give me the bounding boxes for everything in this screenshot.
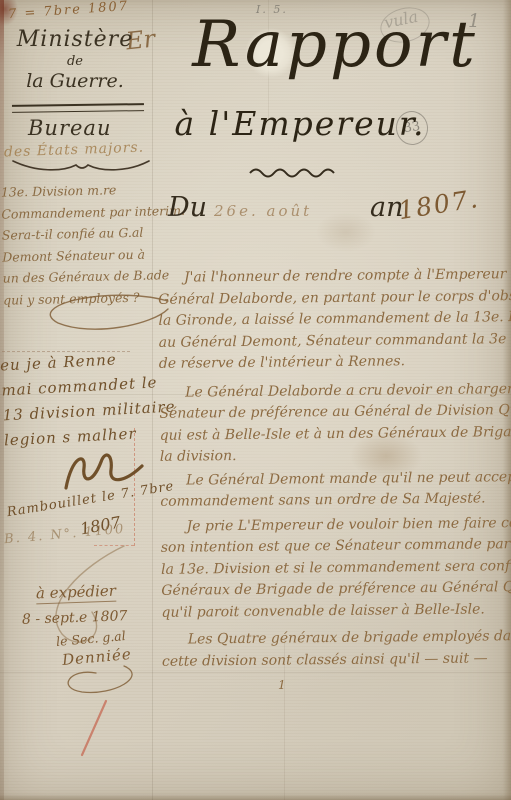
- report-title: Rapport: [160, 8, 510, 82]
- margin-question-line: un des Généraux de B.ade: [2, 264, 160, 289]
- body-line: au Général Demont, Sénateur commandant l…: [159, 329, 509, 354]
- emperor-apostille: eu je à Renne mai commandet le 13 divisi…: [0, 345, 175, 454]
- body-line: Sénateur de préférence au Général de Div…: [159, 400, 509, 425]
- body-line: qu'il paroit convenable de laisser à Bel…: [161, 599, 511, 624]
- red-crayon-mark: [76, 698, 112, 760]
- brace-divider: [10, 158, 152, 174]
- body-line: de réserve de l'intérieur à Rennes.: [159, 350, 509, 375]
- received-date-note: 7 = 7bre 1807: [8, 0, 130, 22]
- body-line: commandement sans un ordre de Sa Majesté…: [160, 488, 510, 513]
- wavy-underline: [248, 166, 348, 178]
- report-subtitle: à l'Empereur.: [165, 104, 435, 143]
- body-line: qui est à Belle-Isle et à un des Générau…: [160, 422, 510, 447]
- body-line: la Gironde, a laissé le commandement de …: [158, 307, 508, 332]
- body-line: cette division sont classés ainsi qu'il …: [162, 648, 511, 673]
- margin-question-note: 13e. Division m.re Commandement par inte…: [1, 178, 162, 310]
- body-line: la division.: [160, 443, 510, 468]
- body-line: son intention est que ce Sénateur comman…: [161, 534, 511, 559]
- dateline-day: 26e. août: [214, 202, 312, 220]
- body-line: Les Quatre généraux de brigade employés …: [162, 626, 511, 651]
- ink-stain: [316, 212, 376, 252]
- dateline-year: 1807.: [396, 184, 481, 225]
- pen-flourish-loop: [0, 293, 172, 345]
- paragraph: Le Général Delaborde a cru devoir en cha…: [159, 379, 510, 469]
- body-line: Généraux de Brigade de préférence au Gén…: [161, 577, 511, 602]
- paragraph: Je prie L'Empereur de vouloir bien me fa…: [160, 513, 511, 624]
- dateline-du: Du: [168, 192, 207, 223]
- ministry-line: Ministère: [8, 27, 142, 52]
- ministry-line: de: [8, 54, 142, 69]
- report-body: J'ai l'honneur de rendre compte à l'Empe…: [158, 264, 511, 673]
- catchword-mark: 1: [278, 678, 286, 692]
- paragraph: Les Quatre généraux de brigade employés …: [162, 626, 511, 673]
- bureau-heading: Bureau: [28, 116, 111, 140]
- expedite-note: à expédier: [36, 582, 117, 605]
- ministry-heading: Ministère de la Guerre.: [8, 27, 142, 92]
- manuscript-page: 7 = 7bre 1807 Er Ministère de la Guerre.…: [0, 0, 511, 800]
- body-line: J'ai l'honneur de rendre compte à l'Empe…: [158, 264, 508, 289]
- paragraph: Le Général Demont mande qu'il ne peut ac…: [160, 467, 510, 514]
- paragraph: J'ai l'honneur de rendre compte à l'Empe…: [158, 264, 509, 375]
- margin-question-line: Sera-t-il confié au G.al: [2, 221, 160, 246]
- page-edge-shadow-bottom: [0, 794, 511, 800]
- double-rule-divider: [12, 103, 144, 113]
- ministry-line: la Guerre.: [8, 70, 142, 92]
